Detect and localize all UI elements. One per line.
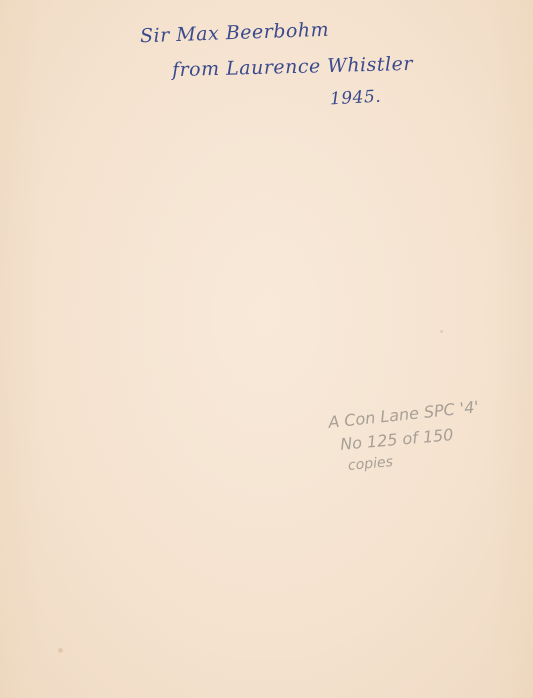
inscription-sender: from Laurence Whistler <box>172 53 413 81</box>
foxing-spot <box>440 330 443 333</box>
book-endpaper: Sir Max Beerbohm from Laurence Whistler … <box>0 0 533 698</box>
pencil-note-line-1: A Con Lane SPC '4' <box>327 397 479 432</box>
foxing-spot <box>58 648 63 653</box>
inscription-recipient: Sir Max Beerbohm <box>140 19 330 48</box>
inscription-year: 1945. <box>330 87 382 110</box>
pencil-note-line-3: copies <box>347 454 393 474</box>
pencil-note-line-2: No 125 of 150 <box>339 425 454 454</box>
